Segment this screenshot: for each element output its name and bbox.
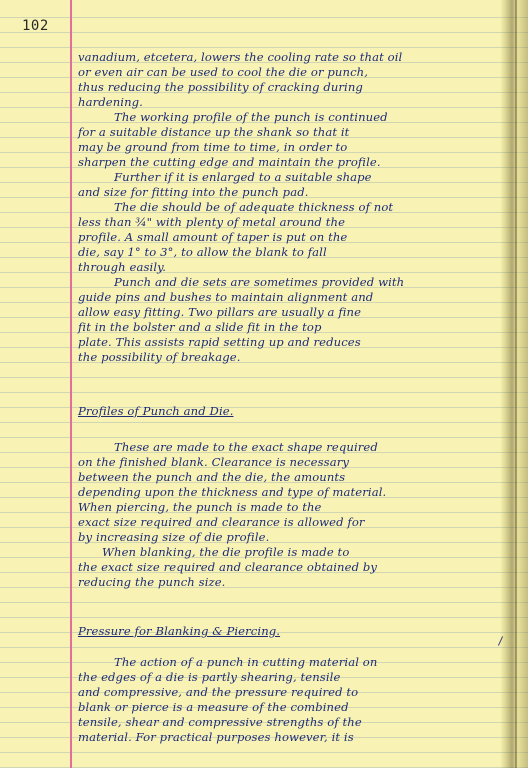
text-line: through easily. <box>78 260 510 275</box>
section-heading: Pressure for Blanking & Piercing. <box>78 624 510 639</box>
text-line: profile. A small amount of taper is put … <box>78 230 510 245</box>
text-line: blank or pierce is a measure of the comb… <box>78 700 510 715</box>
text-line: These are made to the exact shape requir… <box>78 440 510 455</box>
text-line: Further if it is enlarged to a suitable … <box>78 170 510 185</box>
text-line: Punch and die sets are sometimes provide… <box>78 275 510 290</box>
text-line: and compressive, and the pressure requir… <box>78 685 510 700</box>
section-profiles-body: These are made to the exact shape requir… <box>78 440 510 590</box>
text-line: sharpen the cutting edge and maintain th… <box>78 155 510 170</box>
text-line: exact size required and clearance is all… <box>78 515 510 530</box>
text-line: die, say 1° to 3°, to allow the blank to… <box>78 245 510 260</box>
text-line: guide pins and bushes to maintain alignm… <box>78 290 510 305</box>
text-line: hardening. <box>78 95 510 110</box>
text-line: The working profile of the punch is cont… <box>78 110 510 125</box>
text-line: the possibility of breakage. <box>78 350 510 365</box>
text-line: plate. This assists rapid setting up and… <box>78 335 510 350</box>
text-line: for a suitable distance up the shank so … <box>78 125 510 140</box>
margin-line <box>70 0 72 768</box>
text-line: tensile, shear and compressive strengths… <box>78 715 510 730</box>
text-line: the exact size required and clearance ob… <box>78 560 510 575</box>
text-line: When piercing, the punch is made to the <box>78 500 510 515</box>
text-line: less than ¾" with plenty of metal around… <box>78 215 510 230</box>
text-line: by increasing size of die profile. <box>78 530 510 545</box>
text-line: on the finished blank. Clearance is nece… <box>78 455 510 470</box>
text-line: may be ground from time to time, in orde… <box>78 140 510 155</box>
section-profiles: Profiles of Punch and Die. <box>78 404 510 419</box>
notebook-page: 102 vanadium, etcetera, lowers the cooli… <box>0 0 528 768</box>
text-line: vanadium, etcetera, lowers the cooling r… <box>78 50 510 65</box>
page-number: 102 <box>22 18 49 34</box>
page-binding-edge <box>515 0 517 768</box>
section-heading: Profiles of Punch and Die. <box>78 404 510 419</box>
text-line: and size for fitting into the punch pad. <box>78 185 510 200</box>
section-pressure-body: The action of a punch in cutting materia… <box>78 655 510 745</box>
text-line: material. For practical purposes however… <box>78 730 510 745</box>
text-line: allow easy fitting. Two pillars are usua… <box>78 305 510 320</box>
text-line: When blanking, the die profile is made t… <box>78 545 510 560</box>
text-line: depending upon the thickness and type of… <box>78 485 510 500</box>
text-line: The die should be of adequate thickness … <box>78 200 510 215</box>
text-line: The action of a punch in cutting materia… <box>78 655 510 670</box>
text-line: fit in the bolster and a slide fit in th… <box>78 320 510 335</box>
text-line: the edges of a die is partly shearing, t… <box>78 670 510 685</box>
text-line: or even air can be used to cool the die … <box>78 65 510 80</box>
text-line: reducing the punch size. <box>78 575 510 590</box>
text-line: between the punch and the die, the amoun… <box>78 470 510 485</box>
text-line: thus reducing the possibility of crackin… <box>78 80 510 95</box>
section-continuation: vanadium, etcetera, lowers the cooling r… <box>78 50 510 365</box>
section-pressure: Pressure for Blanking & Piercing. <box>78 624 510 639</box>
